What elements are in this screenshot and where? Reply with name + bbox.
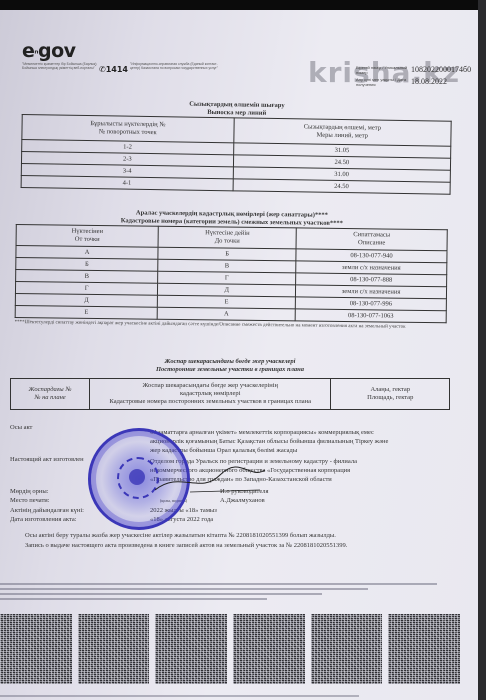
- line-measures-table: Бұрылысты нүктелердің №№ поворотных точе…: [21, 114, 452, 195]
- document-meta: Бірегей нөмір / Уникальный номер10820220…: [356, 66, 471, 90]
- egov-logo-subtitle: "Мемлекеттік қызметтер бір Бойынша (Барл…: [22, 62, 97, 70]
- hotline-number: ✆1414: [99, 65, 128, 74]
- qr-code: [78, 614, 150, 684]
- unique-number-label: Бірегей нөмір / Уникальный номер: [356, 66, 411, 75]
- column-header: Нүктесіне дейінДо точки: [158, 226, 296, 249]
- record-kz: Осы актіні беру туралы жазба жер учаскес…: [25, 531, 336, 540]
- esign-disclaimer: [0, 583, 460, 605]
- line-measures-section: Сызықтардың өлшемін шығару Выноска мер л…: [21, 98, 452, 195]
- document-header: eₙgov "Мемлекеттік қызметтер бір Бойынша…: [0, 10, 478, 70]
- column-header: Алаңы, гектарПлощадь, гектар: [331, 379, 450, 410]
- qr-code: [388, 614, 460, 684]
- receipt-date: 18.08.2022: [411, 80, 447, 85]
- column-header: Сызықтардың өлшемі, метрМеры линий, метр: [233, 118, 451, 146]
- date-label: Алу күні мен уақыты / Дата получения: [356, 78, 411, 87]
- qr-code: [0, 614, 72, 684]
- qr-code: [311, 614, 383, 684]
- record-ru: Запись о выдаче настоящего акта произвед…: [25, 541, 347, 550]
- column-header: НүктесіненОт точки: [16, 225, 158, 248]
- photo-right-edge: [478, 0, 486, 700]
- section-title: Жоспар шекарасындағы бөгде жер учаскелер…: [10, 358, 450, 374]
- foreign-parcels-section: Жоспар шекарасындағы бөгде жер учаскелер…: [10, 358, 450, 410]
- qr-code-strip: [0, 614, 460, 694]
- phone-icon: ✆: [99, 65, 106, 74]
- unique-number: 1082022000174б0: [411, 68, 471, 73]
- qr-caption: [0, 695, 460, 700]
- adjacent-parcels-section: Аралас учаскелердің кадастрлық нөмірлері…: [15, 208, 448, 331]
- adjacent-parcels-table: НүктесіненОт точки Нүктесіне дейінДо точ…: [15, 224, 448, 323]
- column-header: Бұрылысты нүктелердің №№ поворотных точе…: [22, 115, 234, 143]
- hotline-subtitle: "Информационно-справочная служба (Единый…: [130, 62, 225, 70]
- egov-logo: eₙgov: [22, 40, 76, 62]
- stamp-emblem-icon: [129, 469, 145, 485]
- column-header: Жоспар шекарасындағы бөгде жер учаскелер…: [90, 379, 331, 410]
- qr-code: [155, 614, 227, 684]
- document-page: eₙgov "Мемлекеттік қызметтер бір Бойынша…: [0, 10, 478, 700]
- foreign-parcels-table: Жоспардағы №№ на плане Жоспар шекарасынд…: [10, 378, 450, 410]
- signature: [150, 460, 270, 500]
- qr-code: [233, 614, 305, 684]
- column-header: Жоспардағы №№ на плане: [11, 379, 90, 410]
- column-header: СипаттамасыОписание: [296, 228, 447, 251]
